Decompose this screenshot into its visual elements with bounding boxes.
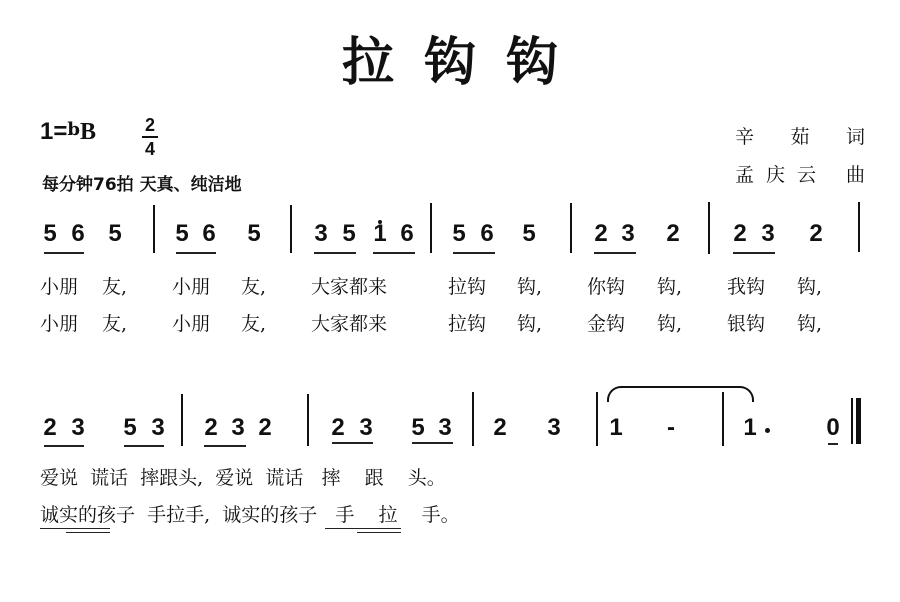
note: 2	[593, 222, 609, 246]
note: 2	[203, 416, 219, 440]
note: 6	[70, 222, 86, 246]
eighth-beam	[44, 445, 84, 447]
lyric: 大家都来	[311, 276, 387, 298]
lyric: 钩,	[797, 313, 822, 335]
eighth-beam	[828, 443, 838, 445]
note: 2	[665, 222, 681, 246]
note: 5	[174, 222, 190, 246]
note: 5	[521, 222, 537, 246]
lyric: 小朋	[40, 276, 78, 298]
bar-line	[181, 394, 183, 446]
time-sig-bottom: 4	[145, 139, 155, 159]
eighth-beam	[44, 252, 84, 254]
time-sig-divider	[142, 136, 158, 138]
lyric: 友,	[102, 276, 127, 298]
lyric: 小朋	[172, 276, 210, 298]
note: 6	[201, 222, 217, 246]
flat-sign: b	[67, 119, 80, 140]
note: 5	[341, 222, 357, 246]
note-high: 1	[372, 222, 388, 246]
lyric: 我钩	[727, 276, 765, 298]
key-signature: 1=bB	[40, 118, 96, 146]
note: 3	[150, 416, 166, 440]
note: 5	[122, 416, 138, 440]
note: 6	[399, 222, 415, 246]
eighth-beam	[176, 252, 216, 254]
note: 3	[546, 416, 562, 440]
lyrics-row-2-verse-1: 爱说 谎话 摔跟头, 爱说 谎话 摔 跟 头。	[40, 467, 446, 489]
note: 1	[742, 416, 758, 440]
slur-underline	[325, 528, 401, 529]
note: 2	[808, 222, 824, 246]
note: 3	[760, 222, 776, 246]
note: 5	[107, 222, 123, 246]
lyric: 你钩	[587, 276, 625, 298]
note: 3	[70, 416, 86, 440]
augmentation-dot	[765, 428, 770, 433]
dash-extension: -	[663, 416, 679, 440]
time-signature: 2 4	[142, 116, 158, 158]
eighth-beam	[204, 445, 246, 447]
eighth-beam	[733, 252, 775, 254]
final-bar-thick	[856, 398, 861, 444]
eighth-beam	[314, 252, 356, 254]
bar-line	[596, 392, 598, 446]
lyric: 钩,	[797, 276, 822, 298]
note: 5	[246, 222, 262, 246]
lyric: 友,	[241, 276, 266, 298]
time-sig-top: 2	[145, 115, 155, 135]
note: 5	[451, 222, 467, 246]
lyric: 金钩	[587, 313, 625, 335]
bar-line	[307, 394, 309, 446]
note: 3	[358, 416, 374, 440]
eighth-beam	[453, 252, 495, 254]
note: 3	[313, 222, 329, 246]
lyric: 大家都来	[311, 313, 387, 335]
rest: 0	[825, 416, 841, 440]
lyric: 银钩	[727, 313, 765, 335]
final-bar-thin	[851, 398, 853, 444]
note: 3	[620, 222, 636, 246]
note: 2	[330, 416, 346, 440]
lyric: 钩,	[657, 313, 682, 335]
note: 6	[479, 222, 495, 246]
slur-underline	[66, 532, 110, 533]
note: 2	[257, 416, 273, 440]
lyric: 钩,	[517, 313, 542, 335]
slur-underline	[40, 528, 110, 529]
song-title: 拉钩钩	[0, 20, 900, 95]
note: 2	[732, 222, 748, 246]
note: 3	[437, 416, 453, 440]
bar-line	[708, 202, 710, 254]
composer-credit: 孟庆云 曲	[735, 160, 865, 187]
lyricist-credit: 辛 茹 词	[735, 122, 865, 149]
lyric: 钩,	[657, 276, 682, 298]
eighth-beam	[373, 252, 415, 254]
lyric: 拉钩	[448, 313, 486, 335]
bar-line	[153, 205, 155, 253]
octave-dot	[378, 220, 382, 224]
bar-line	[858, 202, 860, 252]
note: 5	[410, 416, 426, 440]
bar-line	[722, 392, 724, 446]
note: 1	[608, 416, 624, 440]
bar-line	[430, 203, 432, 253]
note: 2	[492, 416, 508, 440]
eighth-beam	[594, 252, 636, 254]
lyric: 友,	[102, 313, 127, 335]
tempo-marking: 每分钟76拍 天真、纯洁地	[42, 170, 242, 195]
lyric: 拉钩	[448, 276, 486, 298]
note: 3	[230, 416, 246, 440]
eighth-beam	[124, 445, 164, 447]
key-note: B	[80, 119, 96, 145]
lyric: 小朋	[40, 313, 78, 335]
note: 2	[42, 416, 58, 440]
bar-line	[570, 203, 572, 253]
lyric: 钩,	[517, 276, 542, 298]
key-prefix: 1=	[40, 118, 67, 145]
bar-line	[290, 205, 292, 253]
lyric: 友,	[241, 313, 266, 335]
lyrics-row-2-verse-2: 诚实的孩子 手拉手, 诚实的孩子 手 拉 手。	[40, 504, 460, 526]
note: 5	[42, 222, 58, 246]
tie-arc	[607, 386, 754, 402]
eighth-beam	[412, 442, 453, 444]
slur-underline	[357, 532, 401, 533]
lyric: 小朋	[172, 313, 210, 335]
eighth-beam	[332, 442, 373, 444]
bar-line	[472, 392, 474, 446]
